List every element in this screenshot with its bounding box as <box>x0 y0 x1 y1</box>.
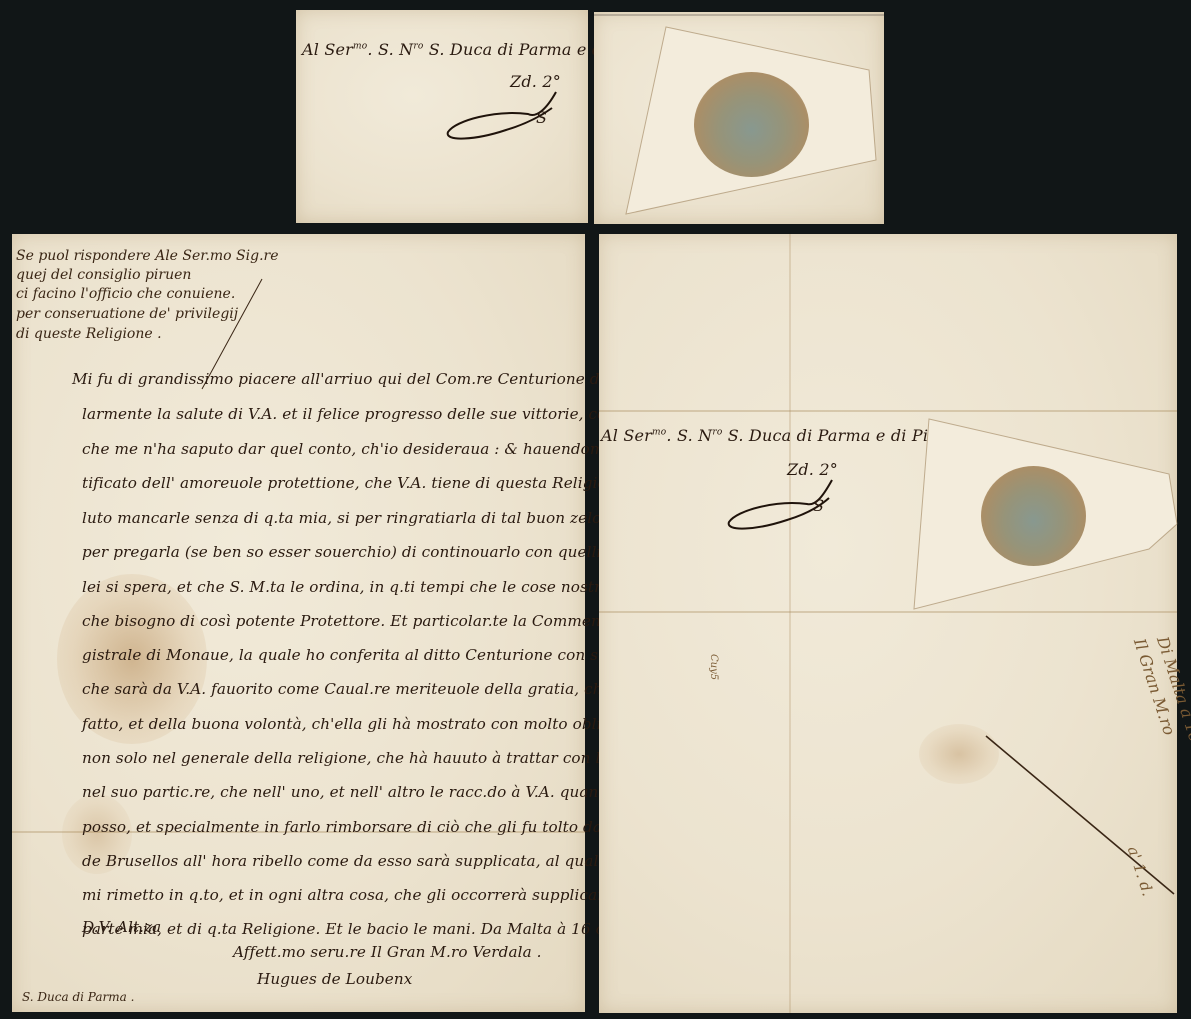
docket-note-line: di queste Religione . <box>16 326 162 342</box>
letter-line: de Brusellos all' hora ribello come da e… <box>82 852 608 870</box>
outer-paraph-letter: S <box>813 496 824 515</box>
docket-note-line: quej del consiglio piruen <box>16 267 191 283</box>
outer-rate-mark: Zd. 2° <box>787 460 838 479</box>
back-cover-panel <box>594 12 884 224</box>
front-cover-rate-mark: Zd. 2° <box>510 72 561 91</box>
outer-small-note: Cuy5 <box>708 654 719 680</box>
letter-line: che bisogno di così potente Protettore. … <box>82 612 688 630</box>
outer-wax-seal <box>981 466 1086 566</box>
paraph-flourish-icon <box>717 478 857 538</box>
letter-line: che sarà da V.A. fauorito come Caual.re … <box>82 680 660 698</box>
letter-line: posso, et specialmente in farlo rimborsa… <box>82 818 665 836</box>
front-cover-paraph-letter: S <box>536 108 547 127</box>
outer-address-panel: Al Sermo. S. Nro S. Duca di Parma e di P… <box>599 234 1177 1013</box>
letter-signature: Hugues de Loubenx <box>257 970 412 988</box>
letter-footer-note: S. Duca di Parma . <box>22 990 134 1004</box>
docket-diagonal-stroke-icon <box>984 734 1184 904</box>
letter-line: gistrale di Monaue, la quale ho conferit… <box>82 646 661 664</box>
letter-line: non solo nel generale della religione, c… <box>82 749 648 767</box>
paraph-flourish-icon <box>436 90 576 150</box>
letter-line: luto mancarle senza di q.ta mia, si per … <box>82 509 682 527</box>
letter-page-panel: Se puol rispondere Ale Ser.mo Sig.re que… <box>12 234 585 1012</box>
letter-salutation: D.V. Alt.za <box>82 918 161 936</box>
docket-note-line: Se puol rispondere Ale Ser.mo Sig.re <box>16 248 279 264</box>
letter-line: mi rimetto in q.to, et in ogni altra cos… <box>82 886 650 904</box>
wax-seal <box>694 72 809 177</box>
letter-closing: Affett.mo seru.re Il Gran M.ro Verdala . <box>233 943 542 961</box>
front-cover-panel: Al Sermo. S. Nro S. Duca di Parma e di P… <box>296 10 588 223</box>
letter-line: parte mia, et di q.ta Religione. Et le b… <box>82 920 666 938</box>
letter-line: fatto, et della buona volontà, ch'ella g… <box>82 715 659 733</box>
